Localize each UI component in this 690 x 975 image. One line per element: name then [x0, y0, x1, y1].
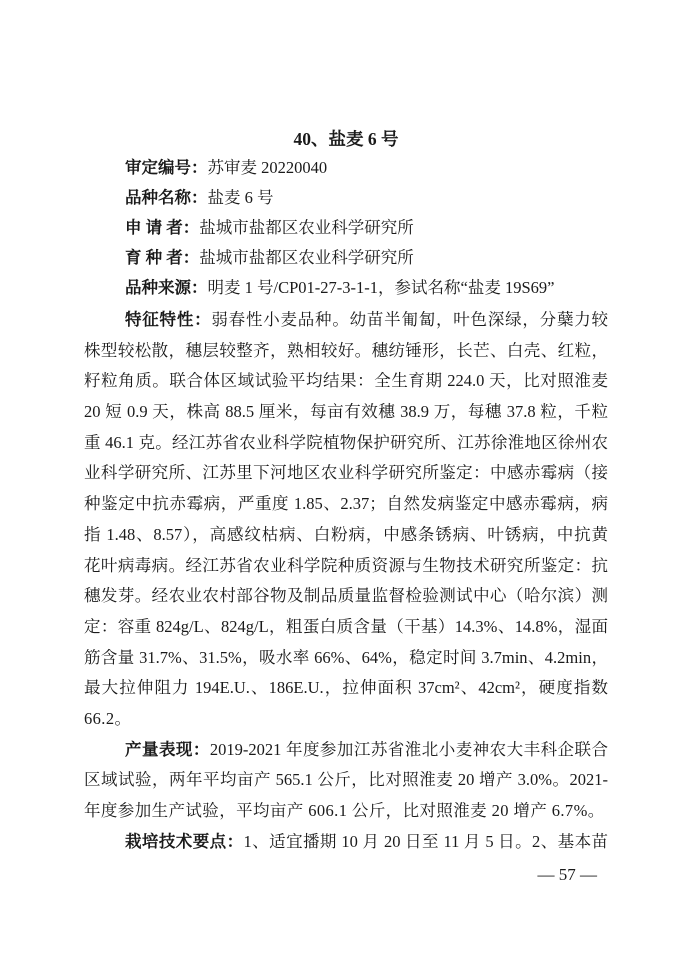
page-number: — 57 —	[538, 863, 598, 887]
field-label: 育 种 者：	[125, 248, 199, 267]
field-list: 审定编号：苏审麦 20220040 品种名称：盐麦 6 号 申 请 者：盐城市盐…	[84, 153, 608, 303]
paragraph-line: 年度参加生产试验，平均亩产 606.1 公斤，比对照淮麦 20 增产 6.7%。	[84, 796, 608, 827]
paragraph-line: 指 1.48、8.57），高感纹枯病、白粉病，中感条锈病、叶锈病，中抗黄	[84, 520, 608, 551]
paragraph-line: 最大拉伸阻力 194E.U.、186E.U.，拉伸面积 37cm²、42cm²，…	[84, 673, 608, 704]
field-label: 审定编号：	[125, 158, 208, 177]
text-block: 40、盐麦 6 号 审定编号：苏审麦 20220040 品种名称：盐麦 6 号 …	[84, 0, 608, 857]
field-row-breeder: 育 种 者：盐城市盐都区农业科学研究所	[84, 243, 608, 273]
paragraph-line: 栽培技术要点：1、适宜播期 10 月 20 日至 11 月 5 日。2、基本苗适	[84, 827, 608, 858]
paragraph-label: 特征特性：	[125, 310, 211, 329]
paragraph-line: 穗发芽。经农业农村部谷物及制品质量监督检验测试中心（哈尔滨）测	[84, 581, 608, 612]
paragraph-characteristics: 特征特性：弱春性小麦品种。幼苗半匍匐，叶色深绿，分蘖力较强。 株型较松散，穗层较…	[84, 305, 608, 735]
field-row-applicant: 申 请 者：盐城市盐都区农业科学研究所	[84, 213, 608, 243]
section-title: 40、盐麦 6 号	[84, 127, 608, 151]
paragraph-label: 产量表现：	[125, 740, 210, 759]
paragraph-line: 产量表现：2019-2021 年度参加江苏省淮北小麦神农大丰科企联合体	[84, 735, 608, 766]
paragraph-line: 20 短 0.9 天，株高 88.5 厘米，每亩有效穗 38.9 万，每穗 37…	[84, 397, 608, 428]
paragraph-line: 业科学研究所、江苏里下河地区农业科学研究所鉴定：中感赤霉病（接	[84, 458, 608, 489]
paragraph-yield-performance: 产量表现：2019-2021 年度参加江苏省淮北小麦神农大丰科企联合体 区域试验…	[84, 735, 608, 827]
field-row-variety-source: 品种来源：明麦 1 号/CP01-27-3-1-1，参试名称“盐麦 19S69”	[84, 273, 608, 303]
paragraph-line: 株型较松散，穗层较整齐，熟相较好。穗纺锤形，长芒、白壳、红粒，	[84, 336, 608, 367]
paragraph-label: 栽培技术要点：	[125, 832, 244, 851]
field-value: 盐麦 6 号	[208, 188, 274, 207]
paragraph-line: 籽粒角质。联合体区域试验平均结果：全生育期 224.0 天，比对照淮麦	[84, 366, 608, 397]
document-page: 40、盐麦 6 号 审定编号：苏审麦 20220040 品种名称：盐麦 6 号 …	[0, 0, 690, 975]
paragraph-line: 定：容重 824g/L、824g/L，粗蛋白质含量（干基）14.3%、14.8%…	[84, 612, 608, 643]
field-label: 品种来源：	[125, 278, 208, 297]
paragraph-line: 花叶病毒病。经江苏省农业科学院种质资源与生物技术研究所鉴定：抗	[84, 551, 608, 582]
paragraph-line: 66.2。	[84, 704, 608, 735]
paragraph-line: 筋含量 31.7%、31.5%，吸水率 66%、64%，稳定时间 3.7min、…	[84, 643, 608, 674]
paragraph-line: 种鉴定中抗赤霉病，严重度 1.85、2.37；自然发病鉴定中感赤霉病，病	[84, 489, 608, 520]
paragraph-line: 重 46.1 克。经江苏省农业科学院植物保护研究所、江苏徐淮地区徐州农	[84, 428, 608, 459]
field-value: 盐城市盐都区农业科学研究所	[199, 248, 414, 267]
field-row-approval-number: 审定编号：苏审麦 20220040	[84, 153, 608, 183]
field-label: 申 请 者：	[125, 218, 199, 237]
paragraph-line: 区域试验，两年平均亩产 565.1 公斤，比对照淮麦 20 增产 3.0%。20…	[84, 765, 608, 796]
paragraph-cultivation-techniques: 栽培技术要点：1、适宜播期 10 月 20 日至 11 月 5 日。2、基本苗适	[84, 827, 608, 858]
paragraph-line: 特征特性：弱春性小麦品种。幼苗半匍匐，叶色深绿，分蘖力较强。	[84, 305, 608, 336]
field-value: 苏审麦 20220040	[208, 158, 328, 177]
field-row-variety-name: 品种名称：盐麦 6 号	[84, 183, 608, 213]
field-value: 盐城市盐都区农业科学研究所	[199, 218, 414, 237]
field-label: 品种名称：	[125, 188, 208, 207]
field-value: 明麦 1 号/CP01-27-3-1-1，参试名称“盐麦 19S69”	[208, 278, 555, 297]
